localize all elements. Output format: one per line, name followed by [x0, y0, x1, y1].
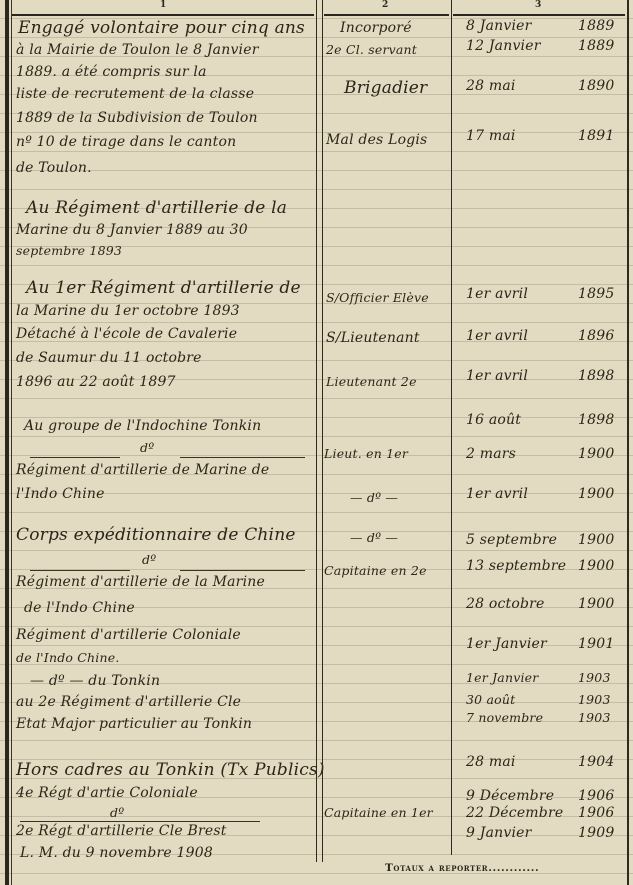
grade-entry: 2e Cl. servant [326, 42, 417, 57]
col1-line: dº [110, 805, 124, 820]
date-year: 1890 [578, 78, 614, 94]
ditto-dash [30, 570, 130, 571]
date-day: 1er Janvier [466, 636, 547, 652]
col1-line: 1889 de la Subdivision de Toulon [16, 110, 258, 126]
col1-line: Régiment d'artillerie de Marine de [16, 462, 269, 478]
date-year: 1889 [578, 18, 614, 34]
ditto-dash [20, 821, 260, 822]
col1-line: l'Indo Chine [16, 486, 105, 502]
col1-line: Marine du 8 Janvier 1889 au 30 [16, 222, 248, 238]
ditto-dash [180, 570, 305, 571]
date-day: 1er Janvier [466, 670, 538, 685]
date-year: 1909 [578, 825, 614, 841]
date-year: 1898 [578, 368, 614, 384]
grade-entry: Capitaine en 2e [324, 563, 427, 578]
date-day: 28 octobre [466, 596, 545, 612]
date-year: 1889 [578, 38, 614, 54]
ledger-page: 1 2 3 Engagé volontaire pour cinq ans à … [0, 0, 633, 885]
date-day: 28 mai [466, 78, 516, 94]
col1-line: Corps expéditionnaire de Chine [16, 525, 296, 545]
date-year: 1900 [578, 446, 614, 462]
column-header-3: 3 [535, 0, 541, 10]
grade-entry: S/Lieutenant [326, 330, 420, 346]
date-day: 17 mai [466, 128, 516, 144]
date-year: 1900 [578, 558, 614, 574]
date-day: 9 Janvier [466, 825, 532, 841]
grade-entry: Lieut. en 1er [324, 446, 408, 461]
column-divider [451, 0, 452, 855]
col1-line: L. M. du 9 novembre 1908 [20, 845, 213, 861]
date-year: 1900 [578, 532, 614, 548]
date-day: 16 août [466, 412, 521, 428]
left-border [5, 0, 9, 885]
grade-entry: Brigadier [344, 78, 427, 98]
column-header-1: 1 [160, 0, 166, 10]
col1-line: à la Mairie de Toulon le 8 Janvier [16, 42, 259, 58]
date-day: 22 Décembre [466, 805, 563, 821]
col1-line: 1896 au 22 août 1897 [16, 374, 176, 390]
ditto-dash [180, 457, 305, 458]
header-rule [12, 14, 314, 16]
date-year: 1900 [578, 596, 614, 612]
col1-line: de Saumur du 11 octobre [16, 350, 202, 366]
date-year: 1901 [578, 636, 614, 652]
date-day: 7 novembre [466, 710, 543, 725]
date-day: 28 mai [466, 754, 516, 770]
date-year: 1900 [578, 486, 614, 502]
date-day: 1er avril [466, 486, 528, 502]
date-year: 1895 [578, 286, 614, 302]
grade-entry: Capitaine en 1er [324, 805, 433, 820]
col1-line: Au groupe de l'Indochine Tonkin [24, 418, 261, 434]
col1-line: dº [140, 440, 154, 455]
header-rule [453, 14, 625, 16]
date-day: 13 septembre [466, 558, 566, 574]
col1-line: — dº — du Tonkin [30, 673, 160, 689]
col1-line: de Toulon. [16, 160, 92, 176]
col1-line: Régiment d'artillerie de la Marine [16, 574, 265, 590]
col1-line: au 2e Régiment d'artillerie Cle [16, 694, 241, 710]
date-year: 1896 [578, 328, 614, 344]
col1-line: Hors cadres au Tonkin (Tx Publics) [16, 760, 325, 780]
column-divider [316, 0, 317, 862]
date-year: 1903 [578, 670, 611, 685]
col1-line: 1889. a été compris sur la [16, 64, 207, 80]
grade-entry: — dº — [350, 530, 398, 545]
date-year: 1903 [578, 692, 611, 707]
column-header-2: 2 [382, 0, 388, 10]
date-year: 1891 [578, 128, 614, 144]
col1-line: la Marine du 1er octobre 1893 [16, 303, 240, 319]
grade-entry: — dº — [350, 490, 398, 505]
col1-line: Détaché à l'école de Cavalerie [16, 326, 237, 342]
totals-carry-forward: Totaux a reporter............ [385, 862, 539, 874]
date-day: 1er avril [466, 368, 528, 384]
col1-line: Au Régiment d'artillerie de la [26, 198, 287, 218]
column-divider [627, 0, 629, 885]
date-year: 1906 [578, 805, 614, 821]
col1-line: nº 10 de tirage dans le canton [16, 134, 236, 150]
date-year: 1898 [578, 412, 614, 428]
col1-line: de l'Indo Chine [24, 600, 135, 616]
col1-line: 4e Régt d'artie Coloniale [16, 785, 198, 801]
column-divider [322, 0, 323, 862]
col1-line: liste de recrutement de la classe [16, 86, 254, 102]
date-day: 12 Janvier [466, 38, 541, 54]
date-day: 5 septembre [466, 532, 557, 548]
grade-entry: Incorporé [340, 20, 412, 36]
date-day: 2 mars [466, 446, 516, 462]
date-day: 30 août [466, 692, 515, 707]
grade-entry: S/Officier Elève [326, 290, 429, 305]
col1-line: de l'Indo Chine. [16, 650, 120, 665]
header-rule [324, 14, 449, 16]
grade-entry: Mal des Logis [326, 132, 427, 148]
col1-line: 2e Régt d'artillerie Cle Brest [16, 823, 227, 839]
ditto-dash [30, 457, 120, 458]
col1-line: Au 1er Régiment d'artillerie de [26, 278, 301, 298]
date-year: 1904 [578, 754, 614, 770]
date-day: 1er avril [466, 286, 528, 302]
col1-line: septembre 1893 [16, 243, 122, 258]
grade-entry: Lieutenant 2e [326, 374, 417, 389]
col1-line: Régiment d'artillerie Coloniale [16, 627, 241, 643]
date-day: 8 Janvier [466, 18, 532, 34]
date-day: 9 Décembre [466, 788, 554, 804]
left-border-inner [11, 0, 12, 885]
date-day: 1er avril [466, 328, 528, 344]
col1-line: Engagé volontaire pour cinq ans [18, 18, 305, 38]
date-year: 1906 [578, 788, 614, 804]
col1-line: Etat Major particulier au Tonkin [16, 716, 252, 732]
col1-line: dº [142, 552, 156, 567]
date-year: 1903 [578, 710, 611, 725]
